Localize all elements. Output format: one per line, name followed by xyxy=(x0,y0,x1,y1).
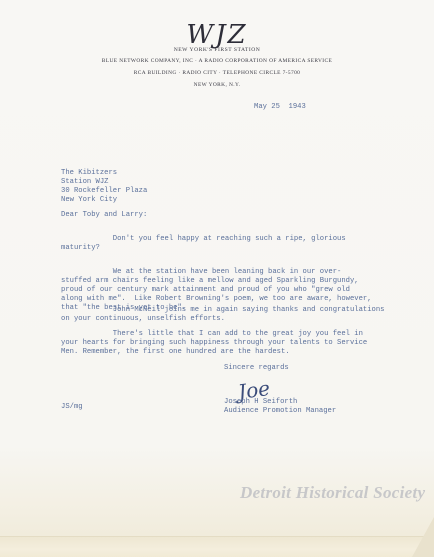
letter-date: May 25 1943 xyxy=(254,103,306,112)
letterhead-city: NEW YORK, N.Y. xyxy=(0,82,434,88)
signer-block: Joseph H Seiforth Audience Promotion Man… xyxy=(224,398,336,416)
closing: Sincere regards xyxy=(224,364,289,373)
salutation: Dear Toby and Larry: xyxy=(61,211,147,220)
wjz-logo: WJZ xyxy=(0,24,434,46)
paragraph-4: There's little that I can add to the gre… xyxy=(61,330,367,357)
letterhead: WJZ NEW YORK'S FIRST STATION BLUE NETWOR… xyxy=(0,24,434,88)
letterhead-tagline: NEW YORK'S FIRST STATION xyxy=(0,47,434,53)
page-curl xyxy=(412,517,434,557)
paper-fold xyxy=(0,536,434,557)
paragraph-3: John McNeil joins me in again saying tha… xyxy=(61,306,385,324)
letter-page: WJZ NEW YORK'S FIRST STATION BLUE NETWOR… xyxy=(0,0,434,557)
letterhead-address: RCA BUILDING · RADIO CITY · TELEPHONE CI… xyxy=(0,70,434,76)
recipient-address: The Kibitzers Station WJZ 30 Rockefeller… xyxy=(61,169,147,205)
watermark: Detroit Historical Society xyxy=(240,483,425,503)
typist-initials: JS/mg xyxy=(61,403,83,412)
paragraph-1: Don't you feel happy at reaching such a … xyxy=(61,235,346,253)
letterhead-company: BLUE NETWORK COMPANY, INC · A RADIO CORP… xyxy=(0,58,434,64)
